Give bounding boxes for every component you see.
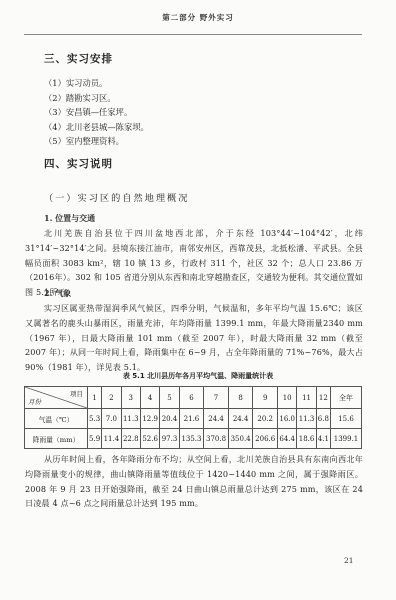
table-cell: 18.6 (297, 429, 316, 449)
list-item: （1）实习动员。 (44, 76, 149, 91)
column-header: 12 (316, 387, 330, 409)
table-cell: 206.6 (253, 429, 278, 449)
table-cell: 5.9 (88, 429, 102, 449)
subsection-heading: （一）实习区的自然地理概况 (44, 190, 189, 204)
running-head: 第二部分 野外实习 (0, 12, 396, 23)
list-item: （3）安昌镇—任家坪。 (44, 105, 149, 120)
column-header: 9 (253, 387, 278, 409)
section-heading-arrangement: 三、实习安排 (44, 51, 113, 66)
column-header: 3 (121, 387, 140, 409)
column-header: 10 (277, 387, 296, 409)
table-cell: 135.3 (179, 429, 204, 449)
table-header-row: 项目 月份 1 2 3 4 5 6 7 8 9 10 11 12 全年 (25, 387, 362, 409)
list-item: （5）室内整理资料。 (44, 134, 149, 149)
corner-label-item: 项目 (70, 389, 83, 398)
table-cell: 21.6 (179, 409, 204, 429)
column-header: 8 (228, 387, 253, 409)
page-number: 21 (344, 556, 354, 565)
column-header: 2 (102, 387, 121, 409)
paragraph-location: 北川羌族自治县位于四川盆地西北部，介于东经 103°44′~104°42′，北纬… (25, 226, 363, 300)
row-header: 气温（℃） (25, 409, 88, 429)
table-cell: 350.4 (228, 429, 253, 449)
column-header: 6 (179, 387, 204, 409)
table-cell: 6.8 (316, 409, 330, 429)
column-header: 7 (204, 387, 229, 409)
part-heading-climate: 2. 气象 (44, 288, 71, 299)
table-cell: 64.4 (277, 429, 296, 449)
table-cell: 7.0 (102, 409, 121, 429)
column-header: 4 (140, 387, 159, 409)
arrangement-list: （1）实习动员。 （2）踏勘实习区。 （3）安昌镇—任家坪。 （4）北川老县城—… (44, 76, 149, 149)
table-cell: 370.8 (204, 429, 229, 449)
part-heading-location: 1. 位置与交通 (44, 213, 95, 224)
table-cell: 4.1 (316, 429, 330, 449)
table-cell: 15.6 (331, 409, 362, 429)
column-header: 全年 (331, 387, 362, 409)
paragraph-climate: 实习区属亚热带湿润季风气候区，四季分明，气候温和，多年平均气温 15.6℃；该区… (25, 301, 363, 375)
column-header: 5 (160, 387, 179, 409)
corner-label-month: 月份 (28, 397, 41, 406)
row-header: 降雨量（mm） (25, 429, 88, 449)
table-cell: 22.8 (121, 429, 140, 449)
table-cell: 20.4 (160, 409, 179, 429)
table-cell: 52.6 (140, 429, 159, 449)
climate-table: 项目 月份 1 2 3 4 5 6 7 8 9 10 11 12 全年 气温（℃… (24, 386, 362, 449)
table-cell: 1399.1 (331, 429, 362, 449)
table-cell: 12.9 (140, 409, 159, 429)
section-heading-explanation: 四、实习说明 (44, 156, 113, 171)
table-cell: 24.4 (228, 409, 253, 429)
table-corner-cell: 项目 月份 (25, 387, 88, 409)
paragraph-rainfall-distribution: 从历年时间上看，各年降雨分布不均；从空间上看，北川羌族自治县具有东南向西北年均降… (25, 452, 363, 511)
table-cell: 5.3 (88, 409, 102, 429)
table-caption: 表 5.1 北川县历年各月平均气温、降雨量统计表 (0, 371, 396, 381)
table-row: 降雨量（mm） 5.9 11.4 22.8 52.6 97.3 135.3 37… (25, 429, 362, 449)
table-cell: 11.4 (102, 429, 121, 449)
table-cell: 97.3 (160, 429, 179, 449)
list-item: （2）踏勘实习区。 (44, 91, 149, 106)
table-cell: 11.3 (121, 409, 140, 429)
column-header: 11 (297, 387, 316, 409)
table-cell: 20.2 (253, 409, 278, 429)
table-cell: 11.3 (297, 409, 316, 429)
header-rule (24, 34, 362, 35)
list-item: （4）北川老县城—陈家坝。 (44, 120, 149, 135)
column-header: 1 (88, 387, 102, 409)
table-row: 气温（℃） 5.3 7.0 11.3 12.9 20.4 21.6 24.4 2… (25, 409, 362, 429)
table-cell: 24.4 (204, 409, 229, 429)
table-cell: 16.0 (277, 409, 296, 429)
